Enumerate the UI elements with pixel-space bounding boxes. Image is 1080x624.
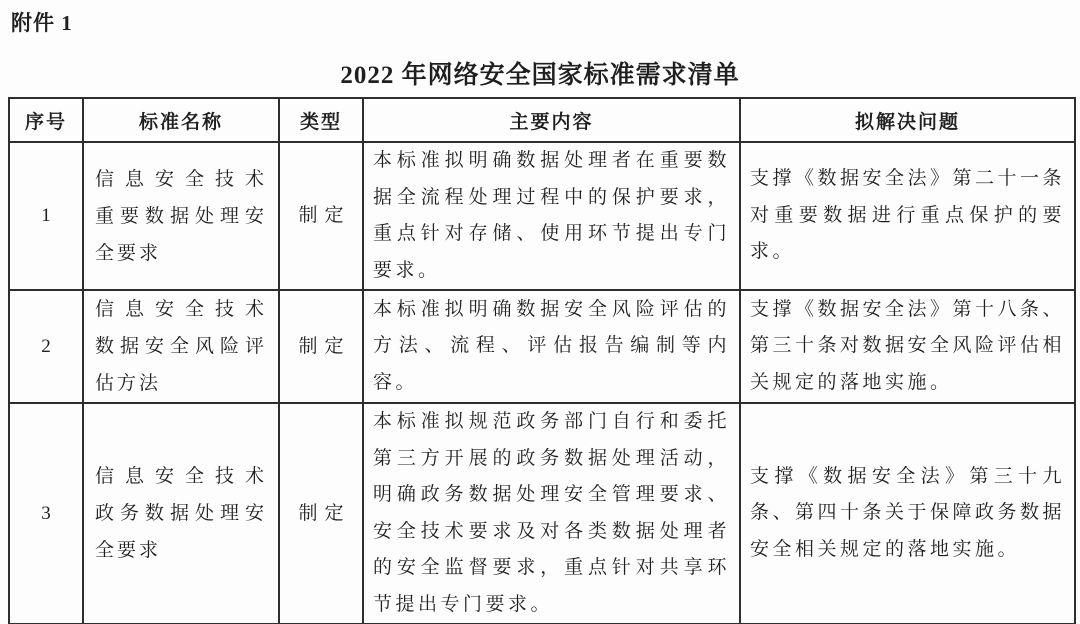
row-no-cell: 2 bbox=[9, 290, 83, 403]
row-problem-cell: 支撑《数据安全法》第三十九条、第四十条关于保障政务数据安全相关规定的落地实施。 bbox=[740, 403, 1075, 624]
row-standard-name-cell: 信息安全技术 数据安全风险评估方法 bbox=[83, 290, 279, 403]
row-standard-name-cell: 信息安全技术 重要数据处理安全要求 bbox=[83, 142, 279, 290]
table-row: 1 信息安全技术 重要数据处理安全要求 制定 本标准拟明确数据处理者在重要数据全… bbox=[9, 142, 1075, 290]
row-standard-name-cell: 信息安全技术 政务数据处理安全要求 bbox=[83, 403, 279, 624]
table-header-row: 序号 标准名称 类型 主要内容 拟解决问题 bbox=[9, 98, 1075, 142]
row-type-cell: 制定 bbox=[279, 142, 363, 290]
row-type-cell: 制定 bbox=[279, 403, 363, 624]
header-standard-name: 标准名称 bbox=[83, 98, 279, 142]
row-problem-cell: 支撑《数据安全法》第十八条、第三十条对数据安全风险评估相关规定的落地实施。 bbox=[740, 290, 1075, 403]
table-row: 2 信息安全技术 数据安全风险评估方法 制定 本标准拟明确数据安全风险评估的方法… bbox=[9, 290, 1075, 403]
row-problem-cell: 支撑《数据安全法》第二十一条对重要数据进行重点保护的要求。 bbox=[740, 142, 1075, 290]
table-row: 3 信息安全技术 政务数据处理安全要求 制定 本标准拟规范政务部门自行和委托第三… bbox=[9, 403, 1075, 624]
row-type-cell: 制定 bbox=[279, 290, 363, 403]
standards-table: 序号 标准名称 类型 主要内容 拟解决问题 1 信息安全技术 重要数据处理安全要… bbox=[8, 97, 1076, 624]
page-title: 2022 年网络安全国家标准需求清单 bbox=[0, 55, 1080, 91]
row-main-content-cell: 本标准拟明确数据安全风险评估的方法、流程、评估报告编制等内容。 bbox=[363, 290, 740, 403]
header-no: 序号 bbox=[9, 98, 83, 142]
header-main-content: 主要内容 bbox=[363, 98, 740, 142]
attachment-label: 附件 1 bbox=[11, 7, 73, 37]
row-main-content-cell: 本标准拟明确数据处理者在重要数据全流程处理过程中的保护要求，重点针对存储、使用环… bbox=[363, 142, 740, 290]
row-no-cell: 3 bbox=[9, 403, 83, 624]
header-problem-to-solve: 拟解决问题 bbox=[740, 98, 1075, 142]
header-type: 类型 bbox=[279, 98, 363, 142]
row-no-cell: 1 bbox=[9, 142, 83, 290]
row-main-content-cell: 本标准拟规范政务部门自行和委托第三方开展的政务数据处理活动，明确政务数据处理安全… bbox=[363, 403, 740, 624]
